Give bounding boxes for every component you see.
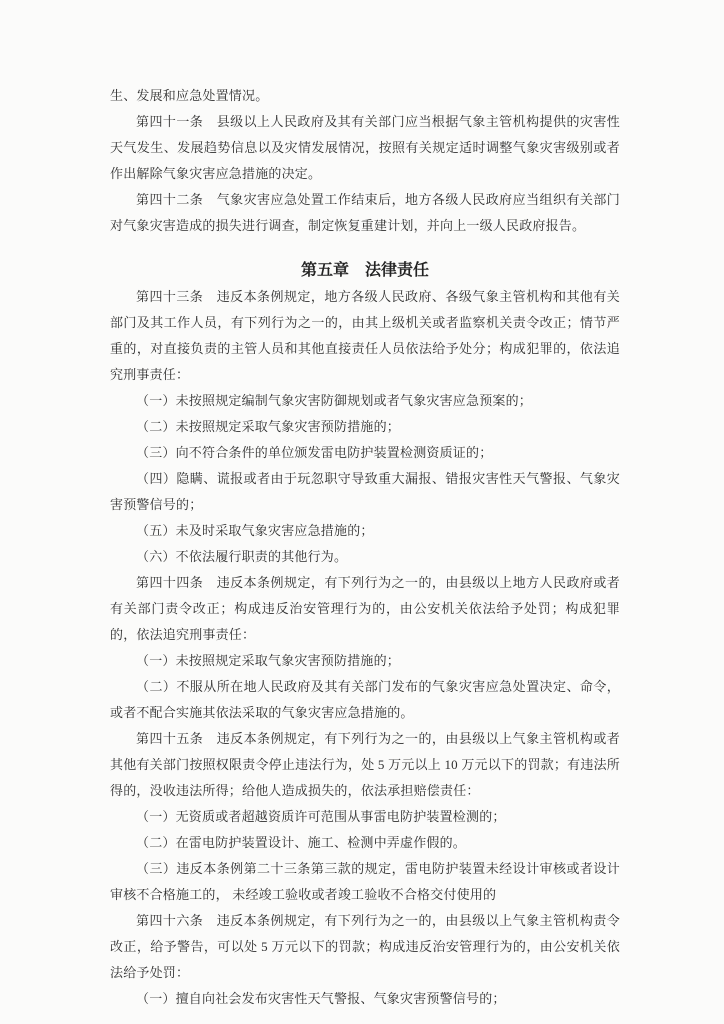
article-43-item-2: （二）未按照规定采取气象灾害预防措施的； — [110, 414, 620, 440]
article-45-item-3: （三）违反本条例第二十三条第三款的规定，雷电防护装置未经设计审核或者设计审核不合… — [110, 856, 620, 908]
article-41: 第四十一条 县级以上人民政府及其有关部门应当根据气象主管机构提供的灾害性天气发生… — [110, 109, 620, 187]
paragraph-continuation: 生、发展和应急处置情况。 — [110, 83, 620, 109]
article-43-item-5: （五）未及时采取气象灾害应急措施的； — [110, 518, 620, 544]
chapter-5-heading: 第五章 法律责任 — [110, 258, 620, 284]
article-46-item-1: （一）擅自向社会发布灾害性天气警报、气象灾害预警信号的； — [110, 986, 620, 1012]
article-43-item-1: （一）未按照规定编制气象灾害防御规划或者气象灾害应急预案的； — [110, 388, 620, 414]
article-43: 第四十三条 违反本条例规定，地方各级人民政府、各级气象主管机构和其他有关部门及其… — [110, 284, 620, 388]
article-43-item-6: （六）不依法履行职责的其他行为。 — [110, 544, 620, 570]
article-45-item-1: （一）无资质或者超越资质许可范围从事雷电防护装置检测的； — [110, 804, 620, 830]
article-46: 第四十六条 违反本条例规定，有下列行为之一的，由县级以上气象主管机构责令改正，给… — [110, 908, 620, 986]
article-44-item-1: （一）未按照规定采取气象灾害预防措施的； — [110, 648, 620, 674]
article-45: 第四十五条 违反本条例规定，有下列行为之一的，由县级以上气象主管机构或者其他有关… — [110, 726, 620, 804]
article-42: 第四十二条 气象灾害应急处置工作结束后，地方各级人民政府应当组织有关部门对气象灾… — [110, 187, 620, 239]
article-44-item-2: （二）不服从所在地人民政府及其有关部门发布的气象灾害应急处置决定、命令，或者不配… — [110, 674, 620, 726]
article-45-item-2: （二）在雷电防护装置设计、施工、检测中弄虚作假的。 — [110, 830, 620, 856]
article-43-item-3: （三）向不符合条件的单位颁发雷电防护装置检测资质证的； — [110, 440, 620, 466]
document-page: 生、发展和应急处置情况。 第四十一条 县级以上人民政府及其有关部门应当根据气象主… — [0, 0, 724, 1024]
article-43-item-4: （四）隐瞒、谎报或者由于玩忽职守导致重大漏报、错报灾害性天气警报、气象灾害预警信… — [110, 466, 620, 518]
article-44: 第四十四条 违反本条例规定，有下列行为之一的，由县级以上地方人民政府或者有关部门… — [110, 570, 620, 648]
